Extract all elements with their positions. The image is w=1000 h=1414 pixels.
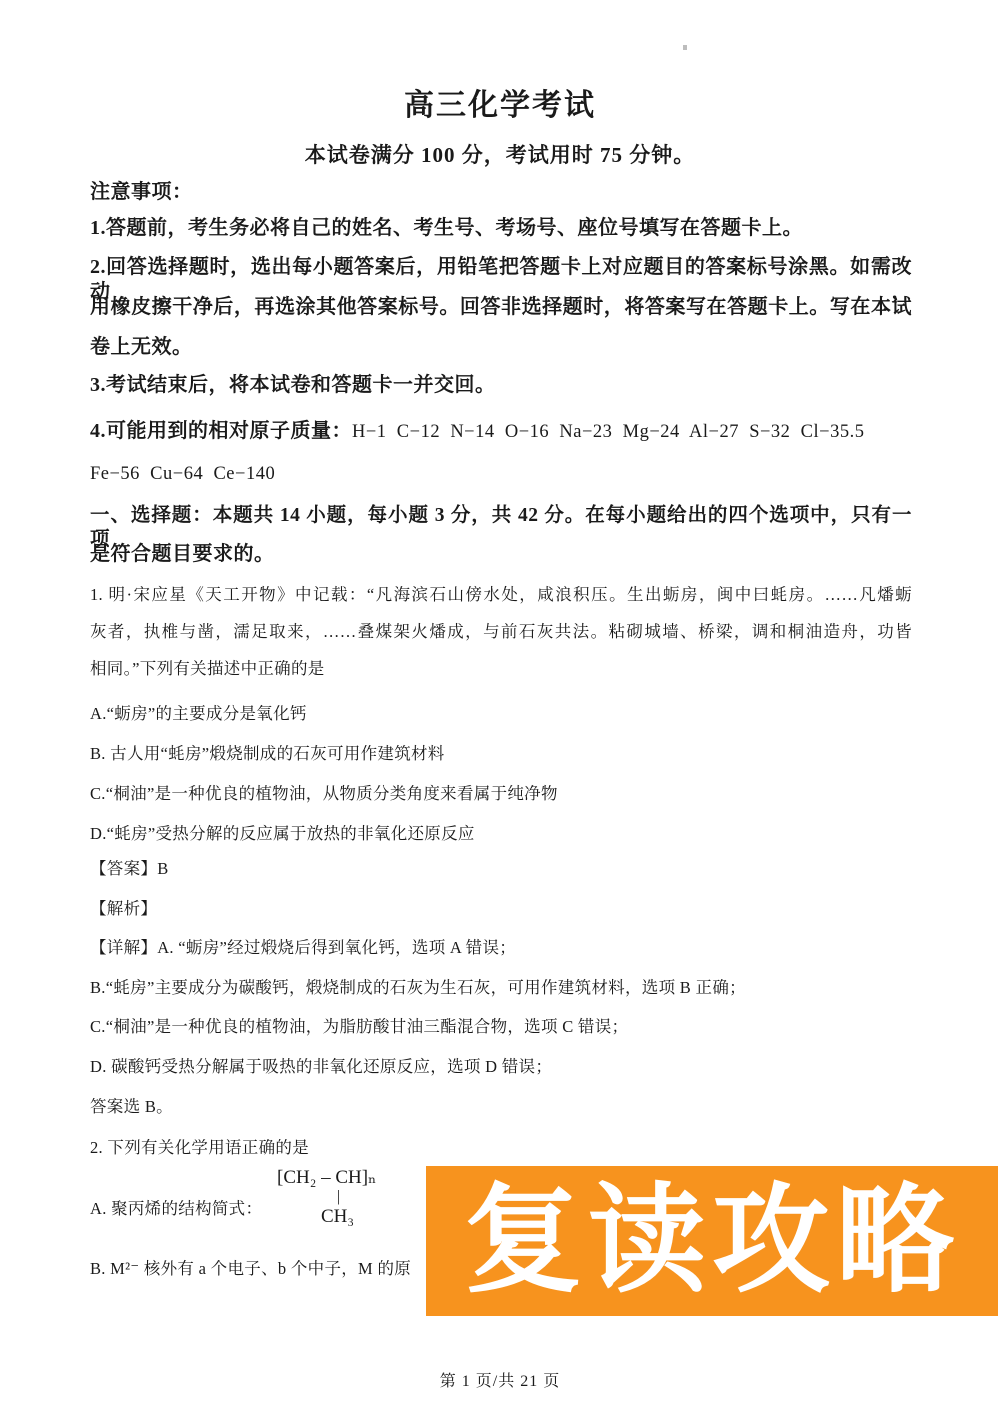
question-1-answer: 【答案】B xyxy=(90,858,912,879)
question-1-detail-c: C.“桐油”是一种优良的植物油，为脂肪酸甘油三酯混合物，选项 C 错误； xyxy=(90,1016,912,1037)
exam-subtitle: 本试卷满分 100 分，考试用时 75 分钟。 xyxy=(0,139,1000,169)
question-1-option-c: C.“桐油”是一种优良的植物油，从物质分类角度来看属于纯净物 xyxy=(90,783,912,804)
question-1-option-d: D.“蚝房”受热分解的反应属于放热的非氧化还原反应 xyxy=(90,823,912,844)
notice-3: 3.考试结束后，将本试卷和答题卡一并交回。 xyxy=(90,373,912,398)
page-number-indicator: 第 1 页/共 21 页 xyxy=(0,1368,1000,1391)
question-1-stem-line-1: 1. 明·宋应星《天工开物》中记载：“凡海滨石山傍水处，咸浪积压。生出蛎房，闽中… xyxy=(90,584,912,605)
watermark-banner: 复读攻略 xyxy=(426,1166,998,1316)
notice-2-line-3: 卷上无效。 xyxy=(90,335,912,360)
formula-methyl-group: CH₃ xyxy=(321,1207,376,1226)
notice-2-line-2: 用橡皮擦干净后，再选涂其他答案标号。回答非选择题时，将答案写在答题卡上。写在本试 xyxy=(90,295,912,320)
polypropylene-structural-formula: [CH₂ – CH]ₙ | CH₃ xyxy=(277,1168,376,1226)
atomic-masses-line-1: H−1 C−12 N−14 O−16 Na−23 Mg−24 Al−27 S−3… xyxy=(352,422,864,442)
question-1-analysis-label: 【解析】 xyxy=(90,898,912,919)
scan-artifact-dot xyxy=(683,45,687,50)
question-1-stem-line-2: 灰者，执椎与凿，濡足取来，……叠煤架火燔成，与前石灰共法。粘砌城墙、桥梁，调和桐… xyxy=(90,621,912,642)
question-1-conclusion: 答案选 B。 xyxy=(90,1096,912,1117)
formula-bond-line: | xyxy=(337,1189,376,1205)
page-title: 高三化学考试 xyxy=(0,80,1000,124)
question-1-option-b: B. 古人用“蚝房”煅烧制成的石灰可用作建筑材料 xyxy=(90,743,912,764)
watermark-text: 复读攻略 xyxy=(464,1182,960,1300)
exam-paper-page: 高三化学考试 本试卷满分 100 分，考试用时 75 分钟。 注意事项： 1.答… xyxy=(0,0,1000,1414)
section-heading-line-2: 是符合题目要求的。 xyxy=(90,542,912,567)
question-1-stem-line-3: 相同。”下列有关描述中正确的是 xyxy=(90,658,912,679)
formula-repeat-unit: [CH₂ – CH]ₙ xyxy=(277,1168,376,1187)
question-1-detail-b: B.“蚝房”主要成分为碳酸钙，煅烧制成的石灰为生石灰，可用作建筑材料，选项 B … xyxy=(90,977,912,998)
question-1-detail-a: 【详解】A. “蛎房”经过煅烧后得到氧化钙，选项 A 错误； xyxy=(90,937,912,958)
notice-1: 1.答题前，考生务必将自己的姓名、考生号、考场号、座位号填写在答题卡上。 xyxy=(90,216,912,241)
question-1-option-a: A.“蛎房”的主要成分是氧化钙 xyxy=(90,703,912,724)
question-2-stem: 2. 下列有关化学用语正确的是 xyxy=(90,1137,912,1158)
notice-4-label: 4.可能用到的相对原子质量： xyxy=(90,420,352,442)
notices-heading: 注意事项： xyxy=(90,180,912,205)
notice-4: 4.可能用到的相对原子质量：H−1 C−12 N−14 O−16 Na−23 M… xyxy=(90,419,912,444)
question-1-detail-d: D. 碳酸钙受热分解属于吸热的非氧化还原反应，选项 D 错误； xyxy=(90,1056,912,1077)
atomic-masses-line-2: Fe−56 Cu−64 Ce−140 xyxy=(90,464,912,485)
